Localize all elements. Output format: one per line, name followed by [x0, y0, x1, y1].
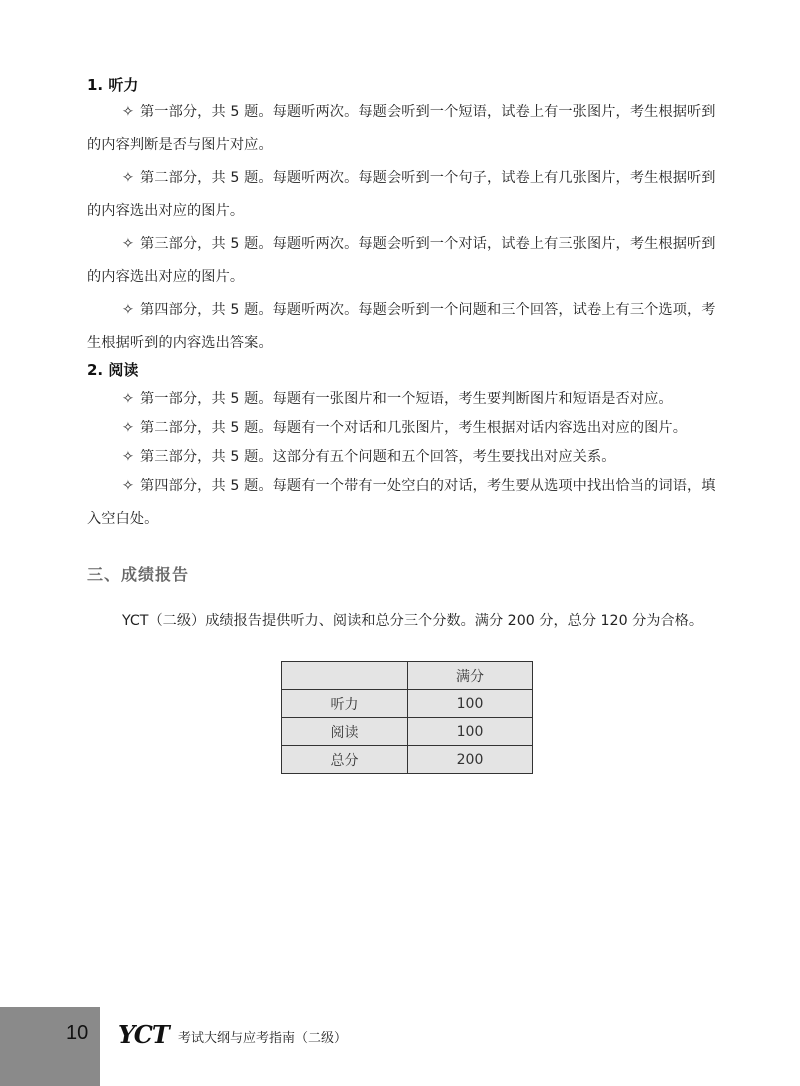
page-number-tab: [0, 1007, 100, 1086]
reading-item-4: ✧第四部分，共 5 题。每题有一个带有一处空白的对话，考生要从选项中找出恰当的词…: [87, 470, 727, 536]
book-title: 考试大纲与应考指南（二级）: [178, 1027, 347, 1046]
diamond-bullet-icon: ✧: [122, 162, 140, 195]
yct-logo: YCT: [118, 1020, 169, 1049]
table-header-cell: [282, 662, 408, 690]
table-row: 总分 200: [282, 746, 533, 774]
table-cell: 听力: [282, 690, 408, 718]
table-header-cell: 满分: [408, 662, 533, 690]
listening-item-3: ✧第三部分，共 5 题。每题听两次。每题会听到一个对话，试卷上有三张图片，考生根…: [87, 228, 727, 294]
table-cell: 100: [408, 690, 533, 718]
listening-heading: 1. 听力: [87, 75, 138, 95]
diamond-bullet-icon: ✧: [122, 470, 140, 503]
table-header-row: 满分: [282, 662, 533, 690]
listening-item-4: ✧第四部分，共 5 题。每题听两次。每题会听到一个问题和三个回答，试卷上有三个选…: [87, 294, 727, 360]
diamond-bullet-icon: ✧: [122, 96, 140, 129]
score-report-intro: YCT（二级）成绩报告提供听力、阅读和总分三个分数。满分 200 分，总分 12…: [122, 610, 703, 630]
score-report-heading: 三、成绩报告: [87, 562, 189, 585]
table-row: 听力 100: [282, 690, 533, 718]
reading-heading: 2. 阅读: [87, 360, 138, 380]
listening-item-1: ✧第一部分，共 5 题。每题听两次。每题会听到一个短语，试卷上有一张图片，考生根…: [87, 96, 727, 162]
document-page: 1. 听力 ✧第一部分，共 5 题。每题听两次。每题会听到一个短语，试卷上有一张…: [0, 0, 800, 1086]
table-row: 阅读 100: [282, 718, 533, 746]
table-cell: 200: [408, 746, 533, 774]
score-table: 满分 听力 100 阅读 100 总分 200: [281, 661, 533, 774]
table-cell: 总分: [282, 746, 408, 774]
diamond-bullet-icon: ✧: [122, 294, 140, 327]
table-cell: 100: [408, 718, 533, 746]
table-cell: 阅读: [282, 718, 408, 746]
diamond-bullet-icon: ✧: [122, 228, 140, 261]
page-number: 10: [66, 1022, 88, 1045]
listening-item-2: ✧第二部分，共 5 题。每题听两次。每题会听到一个句子，试卷上有几张图片，考生根…: [87, 162, 727, 228]
